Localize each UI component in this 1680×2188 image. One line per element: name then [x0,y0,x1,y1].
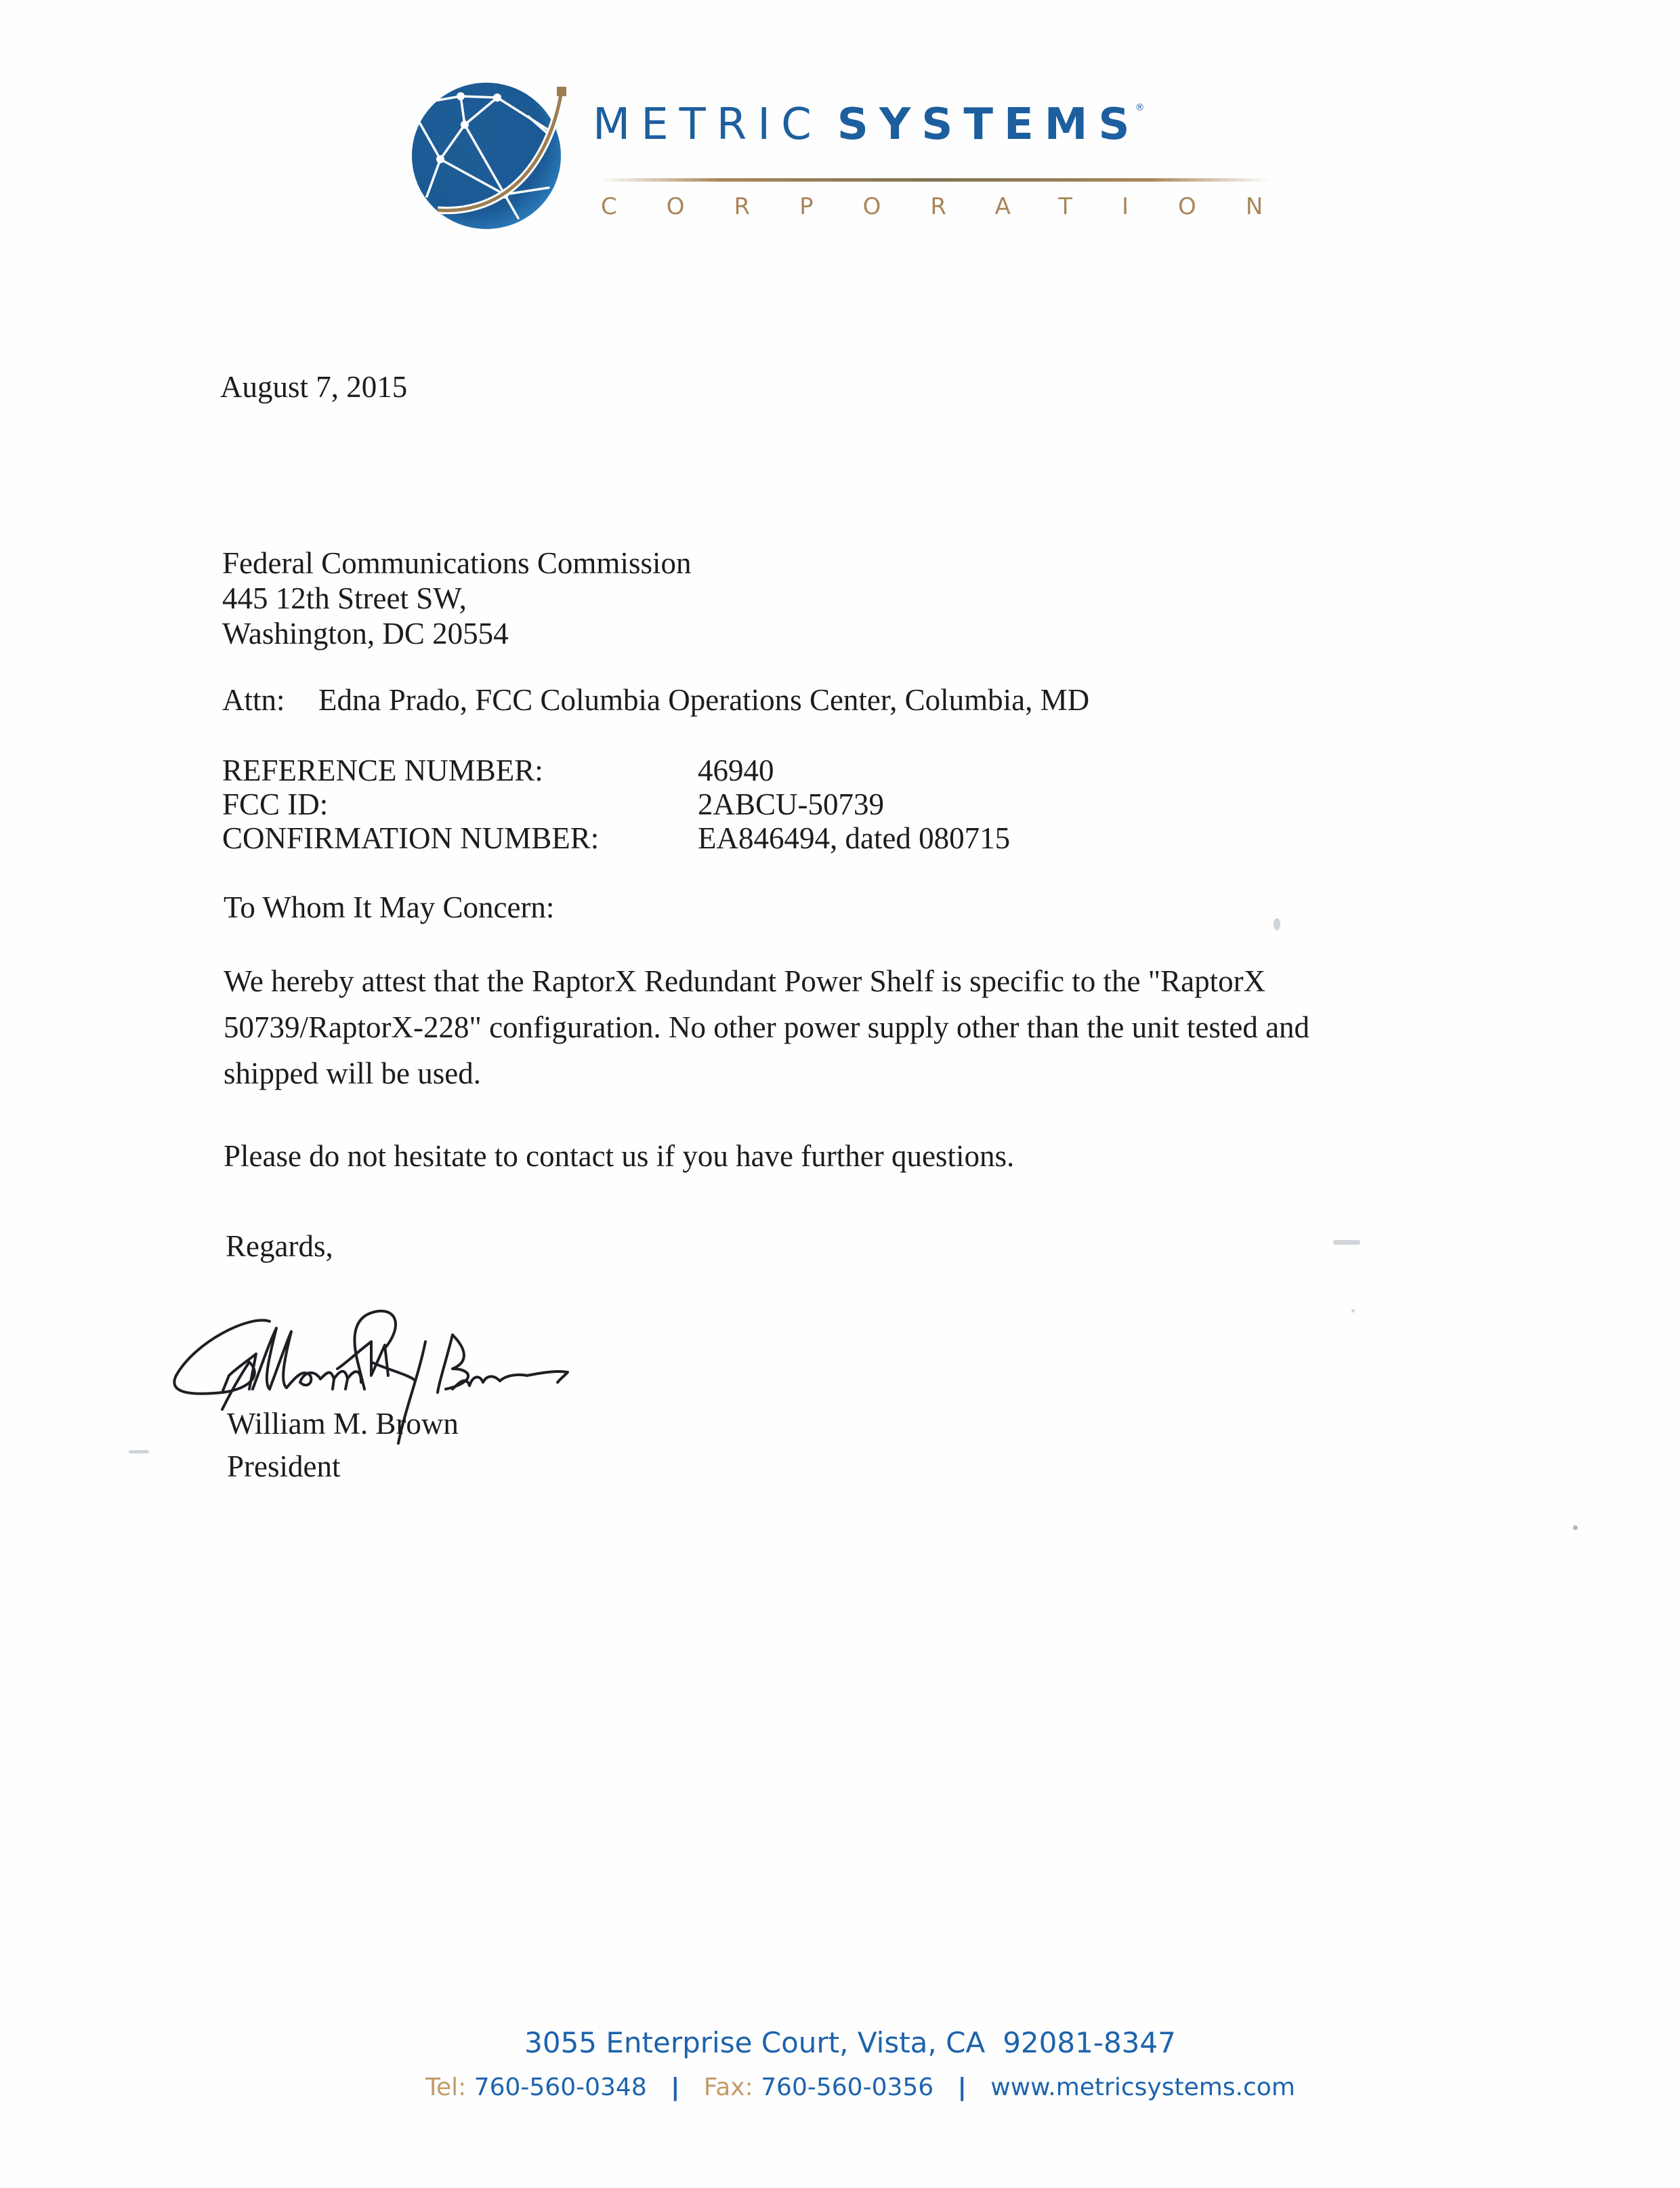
signer-title: President [227,1449,340,1484]
scan-artifact [1573,1525,1578,1530]
reference-row: CONFIRMATION NUMBER: EA846494, dated 080… [222,821,1010,854]
reference-row: REFERENCE NUMBER: 46940 [222,753,1010,787]
reference-value: EA846494, dated 080715 [698,821,1010,854]
reference-value: 46940 [698,753,774,787]
tel-number: 760-560-0348 [474,2073,647,2101]
recipient-line: Washington, DC 20554 [222,616,691,651]
scan-artifact [1274,918,1280,930]
scan-artifact [1351,1309,1355,1313]
letter-page: METRICSYSTEMS® CORPORATION August 7, 201… [0,0,1680,2188]
brand-name: METRICSYSTEMS® [593,103,1144,146]
reference-block: REFERENCE NUMBER: 46940 FCC ID: 2ABCU-50… [222,753,1010,854]
footer-contact: Tel: 760-560-0348 | Fax: 760-560-0356 | … [0,2073,1680,2101]
reference-label: REFERENCE NUMBER: [222,753,698,787]
scan-artifact [129,1450,149,1453]
reference-label: CONFIRMATION NUMBER: [222,821,698,854]
footer-street: 3055 Enterprise Court, Vista, CA [524,2026,985,2059]
brand-divider [600,178,1270,182]
brand-word-metric: METRIC [593,100,822,150]
footer-zip: 92081-8347 [1003,2026,1176,2059]
recipient-line: Federal Communications Commission [222,545,691,581]
attention-line: Attn:Edna Prado, FCC Columbia Operations… [222,682,1089,718]
body-line: shipped will be used. [224,1050,1309,1096]
regards: Regards, [226,1229,333,1264]
fax-label: Fax: [704,2073,753,2101]
recipient-line: 445 12th Street SW, [222,581,691,616]
globe-network-icon [406,76,576,233]
signer-name: William M. Brown [227,1406,459,1441]
footer-address: 3055 Enterprise Court, Vista, CA92081-83… [0,2026,1680,2059]
reference-value: 2ABCU-50739 [698,787,884,821]
registered-mark: ® [1135,102,1144,113]
brand-word-systems: SYSTEMS [837,100,1141,150]
reference-row: FCC ID: 2ABCU-50739 [222,787,1010,821]
tel-label: Tel: [425,2073,466,2101]
brand-subtitle: CORPORATION [601,195,1312,218]
body-paragraph: We hereby attest that the RaptorX Redund… [224,958,1309,1096]
attn-label: Attn: [222,682,318,718]
fax-number: 760-560-0356 [761,2073,933,2101]
separator: | [958,2073,967,2101]
recipient-address: Federal Communications Commission 445 12… [222,545,691,651]
separator: | [671,2073,679,2101]
reference-label: FCC ID: [222,787,698,821]
salutation: To Whom It May Concern: [224,890,554,925]
website-link[interactable]: www.metricsystems.com [990,2073,1295,2101]
letterhead: METRICSYSTEMS® CORPORATION [406,76,1287,239]
closing-paragraph: Please do not hesitate to contact us if … [224,1138,1014,1174]
body-line: 50739/RaptorX-228" configuration. No oth… [224,1004,1309,1050]
letter-date: August 7, 2015 [220,369,407,405]
body-line: We hereby attest that the RaptorX Redund… [224,958,1309,1004]
scan-artifact [1333,1240,1360,1245]
attn-value: Edna Prado, FCC Columbia Operations Cent… [318,683,1089,717]
